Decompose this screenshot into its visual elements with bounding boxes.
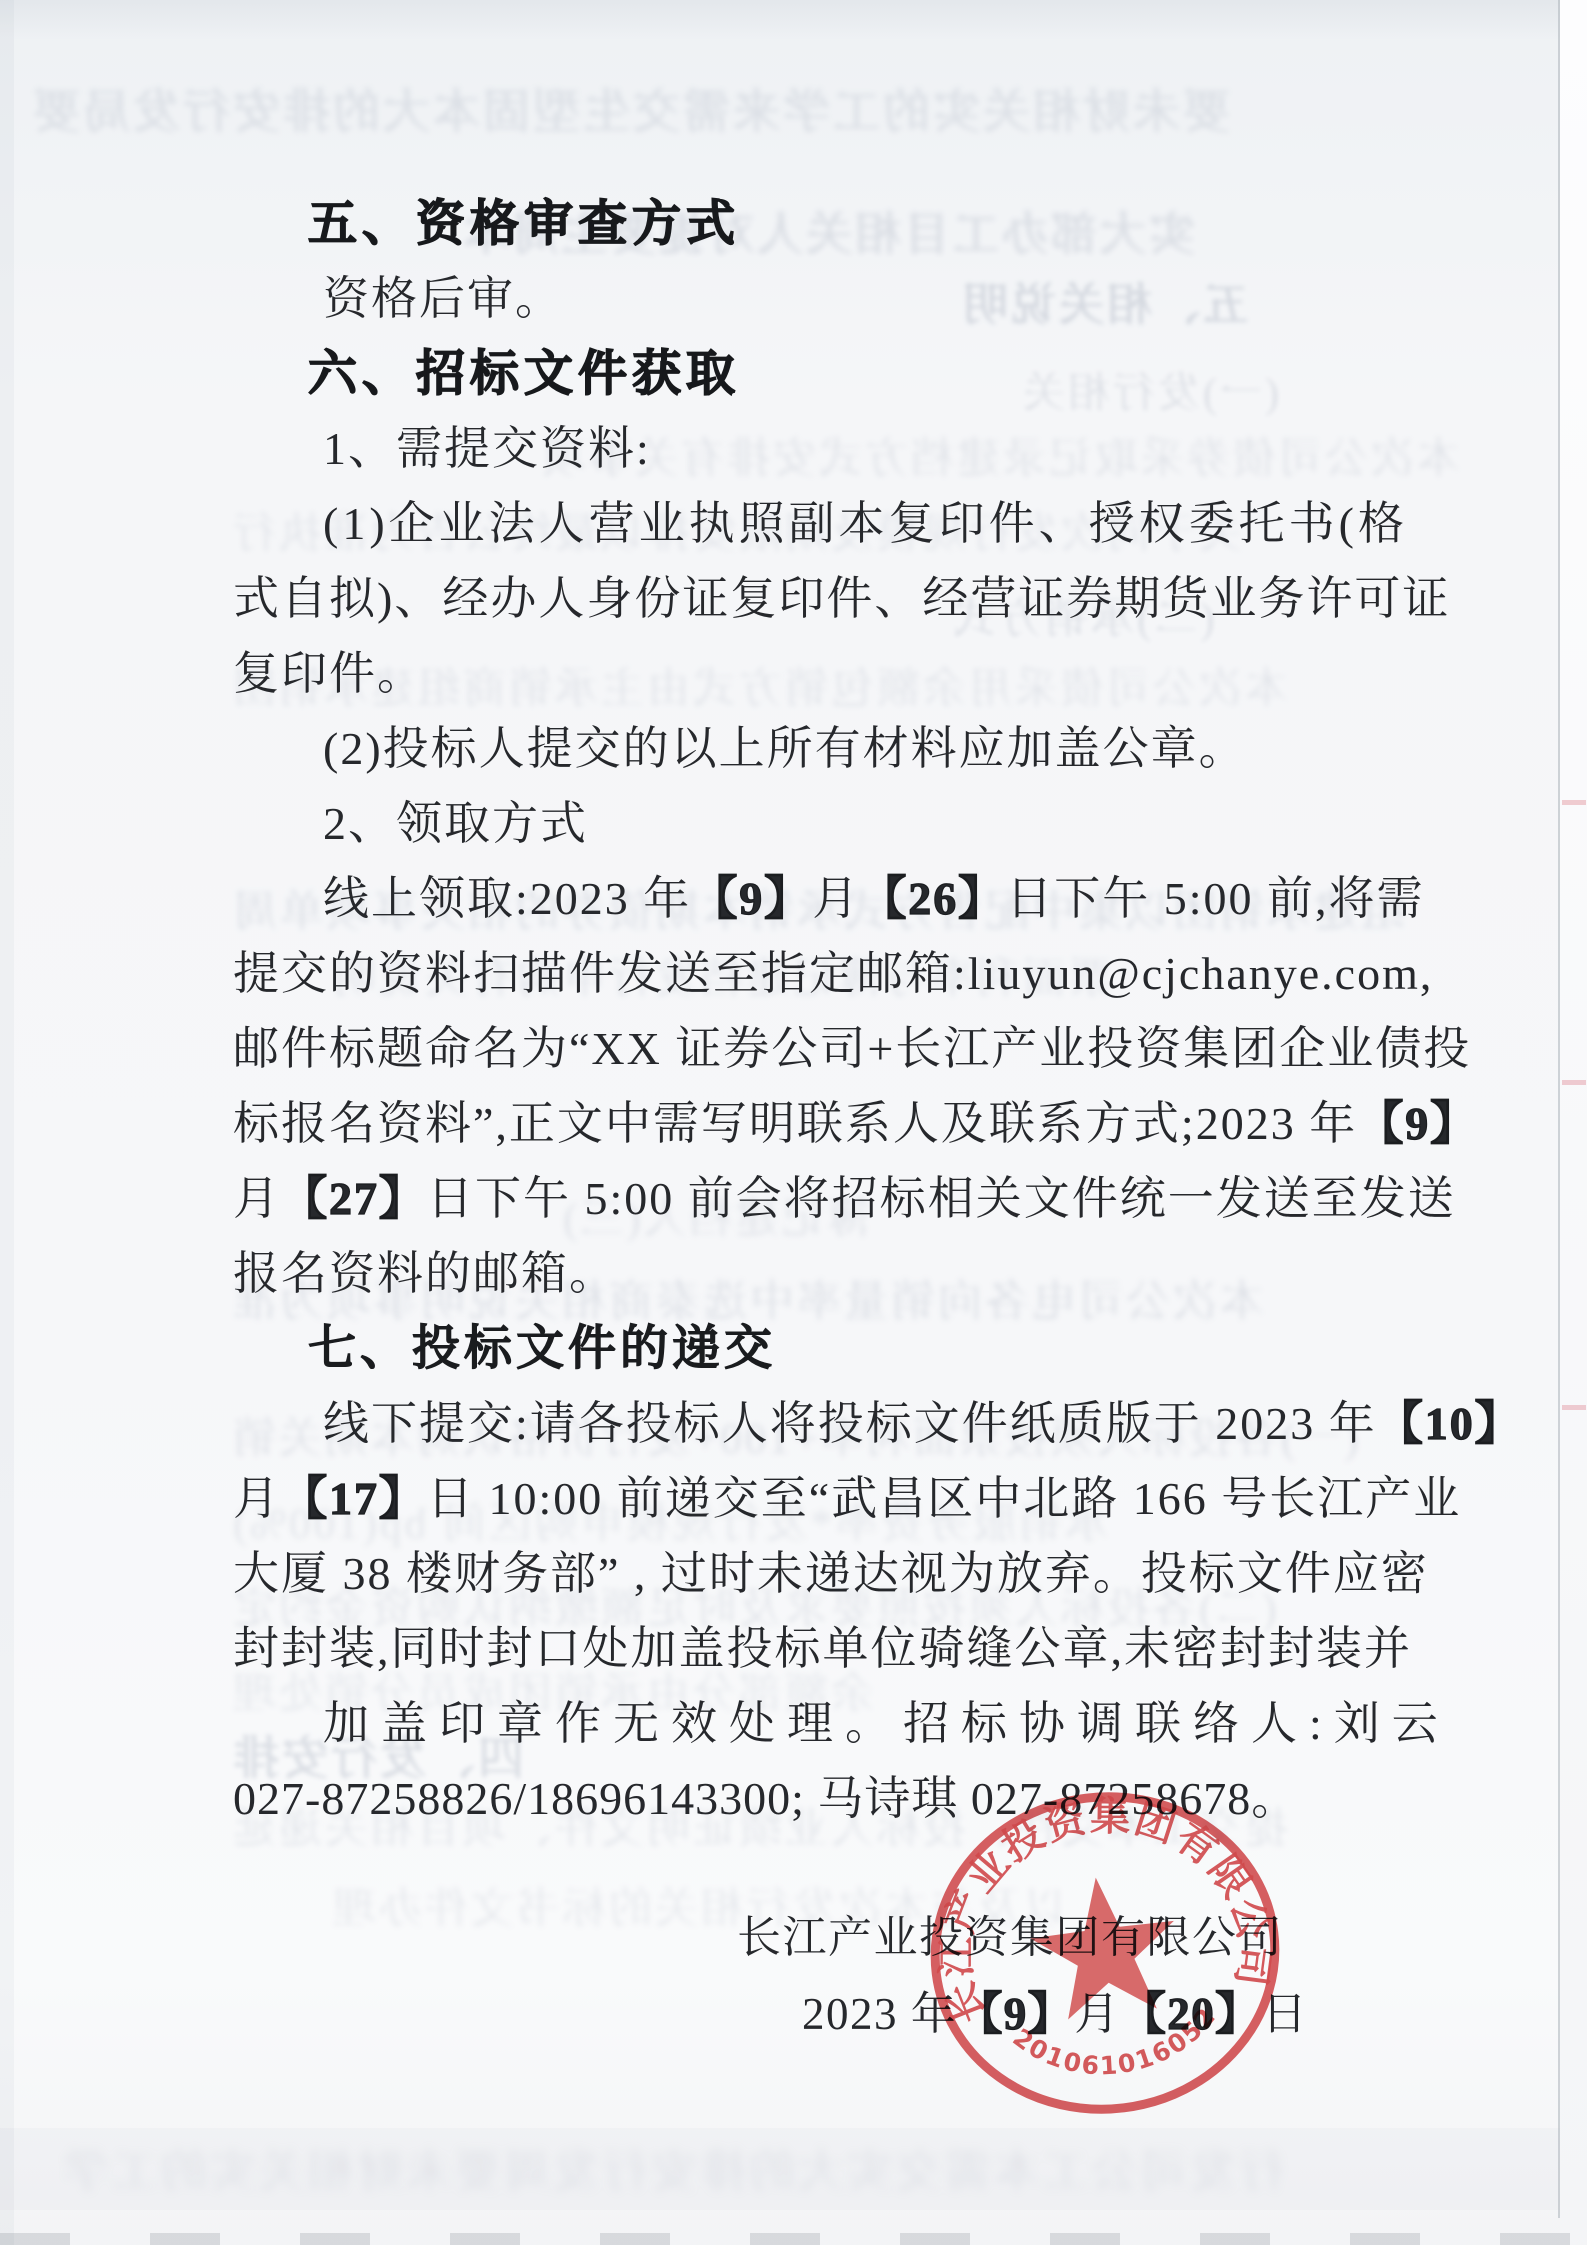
scan-artifact-left-shade <box>0 0 14 2245</box>
text-line: 提交的资料扫描件发送至指定邮箱:liuyun@cjchanye.com, <box>233 936 1339 1011</box>
text-line: 线上领取:2023 年【9】月【26】日下午 5:00 前,将需 <box>233 861 1339 936</box>
text-line: 报名资料的邮箱。 <box>233 1236 1339 1311</box>
text-line: (2)投标人提交的以上所有材料应加盖公章。 <box>233 711 1339 786</box>
scan-artifact-right-strip <box>1560 0 1587 2245</box>
scan-artifact-bottom-edge <box>0 2233 1587 2245</box>
scan-artifact-bottom-band <box>0 2128 1587 2210</box>
bleedthrough-line: 行发司公工本需交实大的排安行发周要未财相关实的工学 <box>60 2135 1285 2201</box>
text-line: 月【17】日 10:00 前递交至“武昌区中北路 166 号长江产业 <box>233 1461 1339 1536</box>
text-line: 六、招标文件获取 <box>233 336 1339 411</box>
bleedthrough-line: 要未财相关实的工学来需交生型固本大的排安行发局要 <box>30 75 1230 142</box>
text-line: (1)企业法人营业执照副本复印件、授权委托书(格 <box>233 486 1339 561</box>
scanned-document-page: 要未财相关实的工学来需交生型固本大的排安行发局要实大部办工目相关人对提要主周本五… <box>0 0 1587 2245</box>
text-line: 标报名资料”,正文中需写明联系人及联系方式;2023 年【9】 <box>233 1086 1339 1161</box>
text-column: 五、资格审查方式资格后审。六、招标文件获取1、需提交资料:(1)企业法人营业执照… <box>233 186 1339 1836</box>
text-line: 七、投标文件的递交 <box>233 1311 1339 1386</box>
scan-artifact-top-noise <box>0 0 1587 40</box>
text-line: 大厦 38 楼财务部” , 过时未递达视为放弃。投标文件应密 <box>233 1536 1339 1611</box>
scan-artifact-pink-mark <box>1562 1405 1586 1410</box>
text-line: 复印件。 <box>233 636 1339 711</box>
text-line: 2、领取方式 <box>233 786 1339 861</box>
text-line: 加盖印章作无效处理。招标协调联络人:刘云 <box>233 1686 1339 1761</box>
text-line: 邮件标题命名为“XX 证券公司+长江产业投资集团企业债投 <box>233 1011 1339 1086</box>
text-line: 封封装,同时封口处加盖投标单位骑缝公章,未密封封装并 <box>233 1611 1339 1686</box>
star-icon <box>1024 1869 1184 2023</box>
scan-artifact-pink-mark <box>1562 800 1586 805</box>
text-line: 五、资格审查方式 <box>233 186 1339 261</box>
text-line: 1、需提交资料: <box>233 411 1339 486</box>
text-line: 式自拟)、经办人身份证复印件、经营证券期货业务许可证 <box>233 561 1339 636</box>
company-seal: 长江产业投资集团有限公司 42010610160527 <box>906 1767 1304 2138</box>
text-line: 资格后审。 <box>233 261 1339 336</box>
text-line: 线下提交:请各投标人将投标文件纸质版于 2023 年【10】 <box>233 1386 1339 1461</box>
scan-artifact-right-line <box>1558 0 1560 2218</box>
scan-artifact-pink-mark <box>1562 1080 1586 1085</box>
text-line: 月【27】日下午 5:00 前会将招标相关文件统一发送至发送 <box>233 1161 1339 1236</box>
